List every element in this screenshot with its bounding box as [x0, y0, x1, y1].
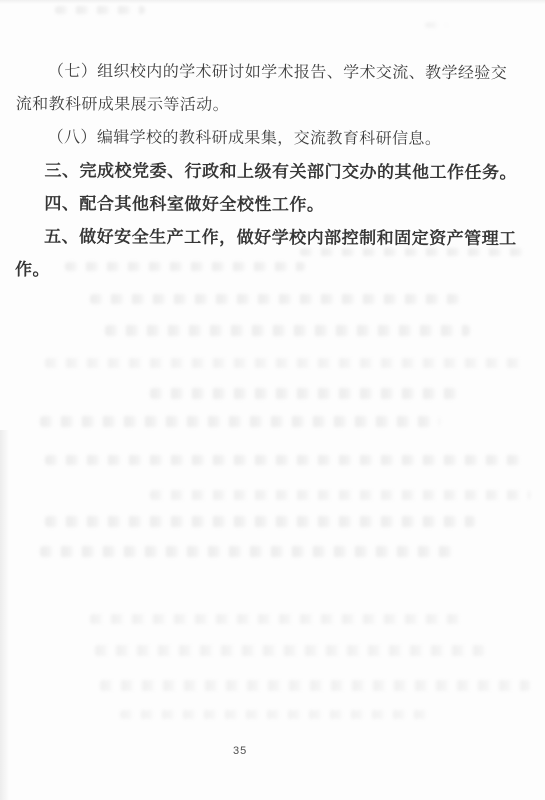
document-line: 三、完成校党委、行政和上级有关部门交办的其他工作任务。 — [15, 154, 530, 189]
bleed-through-smudge — [45, 455, 525, 465]
bleed-through-smudge — [45, 516, 475, 527]
scan-edge-top — [0, 0, 545, 4]
bleed-through-smudge — [425, 22, 447, 28]
document-line: 作。 — [15, 253, 530, 288]
bleed-through-smudge — [100, 680, 530, 691]
bleed-through-smudge — [105, 325, 470, 336]
bleed-through-smudge — [45, 358, 525, 368]
bleed-through-smudge — [150, 388, 460, 399]
document-line: （七）组织校内的学术研讨如学术报告、学术交流、教学经验交 — [16, 55, 531, 90]
scan-edge-left — [0, 430, 9, 800]
scanned-document-page: （七）组织校内的学术研讨如学术报告、学术交流、教学经验交 流和教科研成果展示等活… — [0, 0, 545, 800]
document-line: 五、做好安全生产工作，做好学校内部控制和固定资产管理工 — [15, 220, 530, 255]
page-number: 35 — [233, 745, 247, 757]
document-line: （八）编辑学校的教科研成果集，交流教育科研信息。 — [16, 121, 531, 156]
bleed-through-smudge — [40, 546, 460, 557]
document-line: 四、配合其他科室做好全校性工作。 — [15, 187, 530, 222]
bleed-through-smudge — [95, 645, 485, 656]
document-body: （七）组织校内的学术研讨如学术报告、学术交流、教学经验交 流和教科研成果展示等活… — [15, 55, 531, 288]
bleed-through-smudge — [40, 416, 440, 427]
bleed-through-smudge — [120, 710, 430, 719]
bleed-through-smudge — [90, 294, 460, 304]
bleed-through-smudge — [90, 614, 460, 624]
bleed-through-smudge — [150, 490, 530, 500]
bleed-through-smudge — [55, 6, 145, 14]
document-line: 流和教科研成果展示等活动。 — [16, 88, 531, 123]
